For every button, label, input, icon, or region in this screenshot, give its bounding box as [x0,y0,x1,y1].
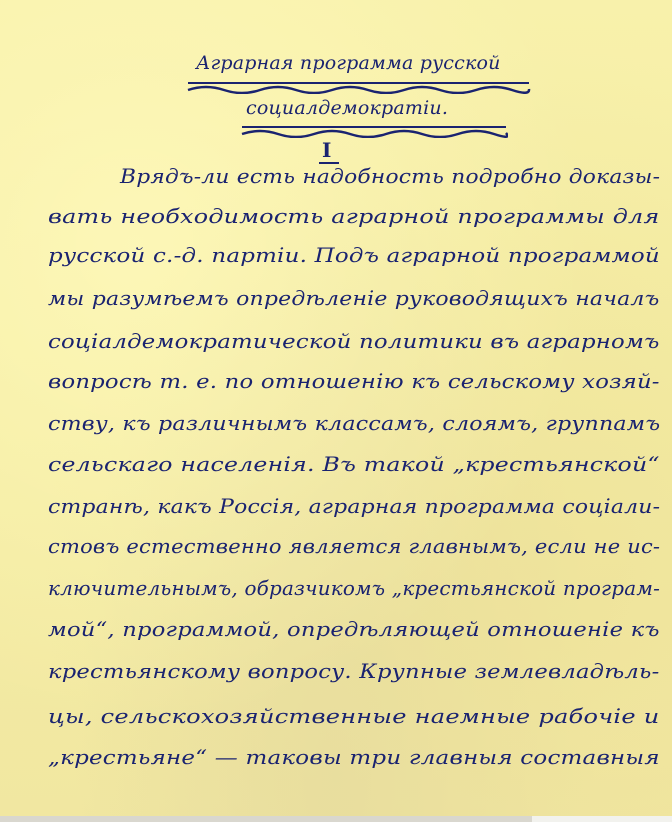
body-line: мой“, программой, опредѣляющей отношеніе… [48,618,660,641]
body-line: ству, къ различнымъ классамъ, слоямъ, гр… [48,412,660,435]
body-line: мы разумѣемъ опредѣленіе руководящихъ на… [48,287,659,310]
body-line: „крестьяне“ — таковы три главныя составн… [48,746,660,769]
body-line: Врядъ-ли есть надобность подробно доказы… [120,165,660,188]
title-line-1: Аграрная программа русской [196,52,501,74]
body-line: странѣ, какъ Россія, аграрная программа … [48,495,660,518]
body-line: стовъ естественно является главнымъ, есл… [48,535,660,558]
title-underline-1 [186,80,531,94]
manuscript-page: Аграрная программа русской социалдемокра… [0,0,672,816]
body-line: сельскаго населенія. Въ такой „крестьянс… [48,453,660,476]
body-line: соціалдемократической политики въ аграрн… [48,330,660,353]
body-line: вать необходимость аграрной программы дл… [48,205,659,228]
body-line: крестьянскому вопросу. Крупные землевлад… [48,660,659,683]
title-underline-2 [240,124,508,138]
title-line-2: социалдемократіи. [246,97,448,119]
body-line: вопросѣ т. е. по отношенію къ сельскому … [48,370,660,393]
section-number: I [322,138,332,162]
scan-edge [0,816,672,822]
body-line: цы, сельскохозяйственные наемные рабочіе… [48,705,660,728]
body-line: ключительнымъ, образчикомъ „крестьянской… [48,577,660,600]
body-line: русской с.-д. партіи. Подъ аграрной прог… [48,244,660,267]
